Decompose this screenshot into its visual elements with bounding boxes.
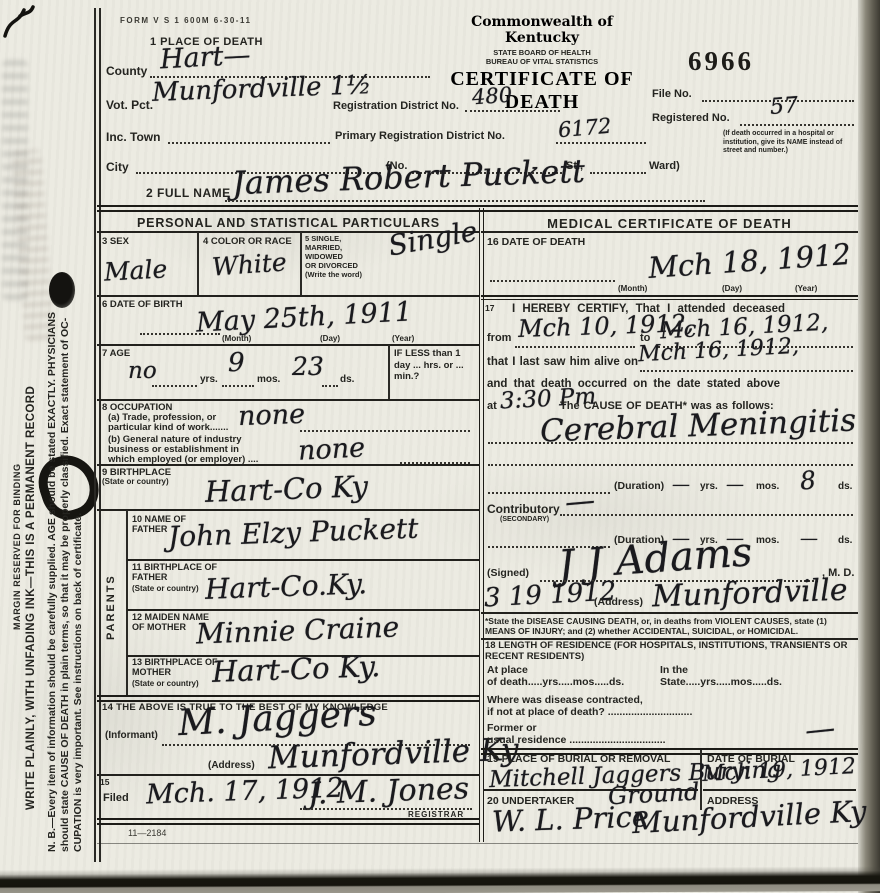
color-race-label: 4 COLOR OR RACE: [203, 236, 292, 247]
bottom-faint-rule: [97, 843, 858, 844]
medical-title-rule: [481, 231, 858, 233]
contributory-line: [560, 512, 853, 516]
contributory-label: Contributory: [487, 502, 560, 516]
informant-address-label: (Address): [208, 760, 255, 771]
father-birthplace-value: Hart-Co.Ky.: [204, 567, 367, 606]
bleedthrough-smudge: [2, 60, 28, 300]
age-box-divider: [388, 345, 390, 399]
age-days-value: 23: [292, 352, 324, 381]
color-cell-divider: [300, 232, 302, 295]
primary-registration-label: Primary Registration District No.: [335, 130, 505, 142]
undertaker-value: W. L. Price: [491, 799, 649, 838]
in-state-line: State.....yrs.....mos.....ds.: [660, 676, 782, 688]
sex-label: 3 SEX: [102, 236, 129, 247]
last-saw-line: [640, 368, 853, 372]
father-birthplace-sublabel: (State or country): [132, 584, 199, 593]
margin-nb-note: N. B.—Every item of information should b…: [46, 22, 85, 852]
cause-line2: [488, 462, 853, 466]
binding-border-line: [99, 8, 101, 862]
occupation-b-line: [400, 460, 470, 464]
signed-label: (Signed): [487, 567, 529, 579]
filed-item-number: 15: [100, 777, 109, 787]
commonwealth-title: Commonwealth of Kentucky: [437, 14, 647, 46]
contributory-sublabel: (SECONDARY): [500, 516, 549, 523]
attended-line: [515, 344, 635, 348]
at-place-label: At place: [487, 664, 528, 676]
registration-district-line: [465, 108, 560, 112]
date-of-death-line: [490, 278, 615, 282]
date-of-death-label: 16 DATE OF DEATH: [487, 236, 585, 248]
duration2-days-value: —: [800, 528, 818, 549]
duration-months-value: —: [726, 474, 744, 495]
occupation-a-label2: particular kind of work.......: [108, 422, 228, 433]
sex-cell-divider: [197, 232, 199, 295]
informant-label: (Informant): [105, 730, 158, 741]
full-name-label: 2 FULL NAME: [146, 186, 231, 200]
margin-write-plainly-note: WRITE PLAINLY, WITH UNFADING INK—THIS IS…: [25, 386, 37, 810]
date-of-death-value: Mch 18, 1912: [647, 237, 852, 285]
sex-value: Male: [103, 254, 168, 286]
margin-nb-line2: should state CAUSE OF DEATH in plain ter…: [59, 22, 72, 852]
inc-town-line: [168, 140, 330, 144]
cause-line1: [488, 440, 853, 444]
sex-row-rule: [97, 295, 480, 297]
dob-month-label: (Month): [222, 334, 251, 343]
dob-value: May 25th, 1911: [195, 296, 412, 338]
state-board-label: STATE BOARD OF HEALTH: [437, 48, 647, 57]
parents-cell-divider: [126, 510, 128, 696]
bureau-label: BUREAU OF VITAL STATISTICS: [437, 57, 647, 66]
former-residence-line: usual residence ........................…: [487, 734, 666, 746]
last-saw-label: that I last saw him alive on: [487, 356, 638, 368]
in-the-label: In the: [660, 664, 688, 676]
dob-row-rule: [97, 344, 480, 346]
filed-label: Filed: [103, 792, 129, 804]
margin-nb-line3: CUPATION is very important. See instruct…: [72, 22, 85, 852]
agency-header: Commonwealth of Kentucky STATE BOARD OF …: [437, 14, 647, 114]
primary-registration-value: 6172: [557, 114, 612, 143]
primary-registration-line: [556, 140, 646, 144]
if-less-label: IF LESS than 1 day ... hrs. or ... min.?: [394, 348, 476, 383]
full-name-line: [225, 198, 705, 202]
header-divider-rule: [97, 205, 858, 212]
margin-binding-note: MARGIN RESERVED FOR BINDING: [12, 463, 22, 630]
age-years-value: no: [128, 358, 157, 384]
county-label: County: [106, 64, 147, 78]
county-value: Hart—: [159, 40, 251, 76]
former-residence-value: —: [803, 711, 836, 749]
margin-nb-line1: N. B.—Every item of information should b…: [46, 22, 59, 852]
duration-label: (Duration): [614, 480, 664, 492]
age-label: 7 AGE: [102, 348, 130, 359]
age-months-label: mos.: [257, 374, 280, 385]
parents-label: PARENTS: [105, 574, 117, 640]
dod-day-label: (Day): [722, 284, 742, 293]
form-number-line: FORM V S 1 600M 6-30-11: [120, 16, 251, 25]
at-time-label: at: [487, 400, 497, 412]
duration-days-label: ds.: [838, 481, 852, 492]
age-months-value: 9: [228, 348, 245, 378]
duration2-months-label: mos.: [756, 535, 779, 546]
occupation-a-line: [300, 428, 470, 432]
file-no-label: File No.: [652, 88, 692, 100]
mother-birthplace-label: 13 BIRTHPLACE OF MOTHER: [132, 657, 218, 677]
registered-no-value: 57: [769, 93, 799, 120]
corner-ink-mark: [2, 4, 36, 40]
occupation-a-value: none: [237, 399, 305, 432]
duration-years-value: —: [672, 474, 690, 495]
registration-district-value: 480: [471, 83, 513, 110]
binding-border-line: [94, 8, 96, 862]
hospital-note: (If death occurred in a hospital or inst…: [723, 130, 859, 156]
registration-district-label: Registration District No.: [333, 100, 459, 112]
mother-birthplace-value: Hart-Co Ky.: [211, 649, 380, 689]
burial-date-rule: [703, 789, 856, 791]
dod-month-label: (Month): [618, 284, 647, 293]
color-race-value: White: [211, 247, 287, 281]
city-st-line: [590, 170, 646, 174]
mother-name-value: Minnie Craine: [195, 610, 399, 650]
left-bottom-rule: [97, 818, 480, 825]
former-residence-label: Former or: [487, 722, 537, 734]
father-bp-row-rule: [127, 609, 480, 611]
death-certificate-scan: MARGIN RESERVED FOR BINDING WRITE PLAINL…: [0, 0, 880, 893]
registered-no-label: Registered No.: [652, 112, 730, 124]
inc-town-label: Inc. Town: [106, 130, 160, 144]
age-days-label: ds.: [340, 374, 354, 385]
certificate-number: 6966: [688, 46, 754, 77]
dob-line: [140, 331, 220, 335]
dob-day-label: (Day): [320, 334, 340, 343]
sign-address-value: Munfordville: [651, 573, 848, 615]
sign-section-rule: [481, 612, 858, 614]
age-years-label: yrs.: [200, 374, 218, 385]
city-ward-label: Ward): [649, 160, 680, 172]
contracted-line: if not at place of death? ..............…: [487, 706, 692, 718]
sign-address-label: (Address): [594, 596, 643, 608]
dob-year-label: (Year): [392, 334, 414, 343]
residence-label: 18 LENGTH OF RESIDENCE (FOR HOSPITALS, I…: [485, 641, 857, 662]
certify-item-number: 17: [485, 303, 494, 313]
marital-label: 5 SINGLE, MARRIED, WIDOWED OR DIVORCED (…: [305, 234, 362, 279]
full-name-value: James Robert Puckett: [231, 152, 585, 202]
age-years-line: [152, 383, 197, 387]
dob-label: 6 DATE OF BIRTH: [102, 299, 183, 310]
birthplace-sublabel: (State or country): [102, 477, 169, 486]
duration2-days-label: ds.: [838, 535, 852, 546]
occupation-b-value: none: [297, 432, 366, 466]
certify-from-label: from: [487, 332, 511, 344]
scan-edge-bottom: [0, 866, 880, 893]
vot-pct-label: Vot. Pct.: [106, 98, 153, 112]
scan-edge-right: [858, 0, 880, 893]
city-label: City: [106, 160, 129, 174]
contracted-label: Where was disease contracted,: [487, 694, 643, 706]
duration-months-label: mos.: [756, 481, 779, 492]
age-days-line: [322, 383, 338, 387]
registered-no-line: [740, 122, 854, 126]
duration-years-label: yrs.: [700, 481, 718, 492]
dod-row-rule: [481, 295, 858, 300]
dod-year-label: (Year): [795, 284, 817, 293]
birthplace-row-rule: [97, 509, 480, 511]
print-form-number: 11—2184: [128, 828, 166, 838]
duration-days-value: 8: [799, 465, 817, 495]
medical-section-title: MEDICAL CERTIFICATE OF DEATH: [481, 216, 858, 231]
age-months-line: [222, 383, 254, 387]
birthplace-value: Hart-Co Ky: [204, 469, 368, 509]
mother-birthplace-sublabel: (State or country): [132, 679, 199, 688]
cause-footnote: *State the DISEASE CAUSING DEATH, or, in…: [485, 616, 857, 636]
occupation-b-label3: which employed (or employer) ....: [108, 454, 258, 465]
father-row-rule: [127, 559, 480, 561]
at-place-line: of death.....yrs.....mos.....ds.: [487, 676, 624, 688]
